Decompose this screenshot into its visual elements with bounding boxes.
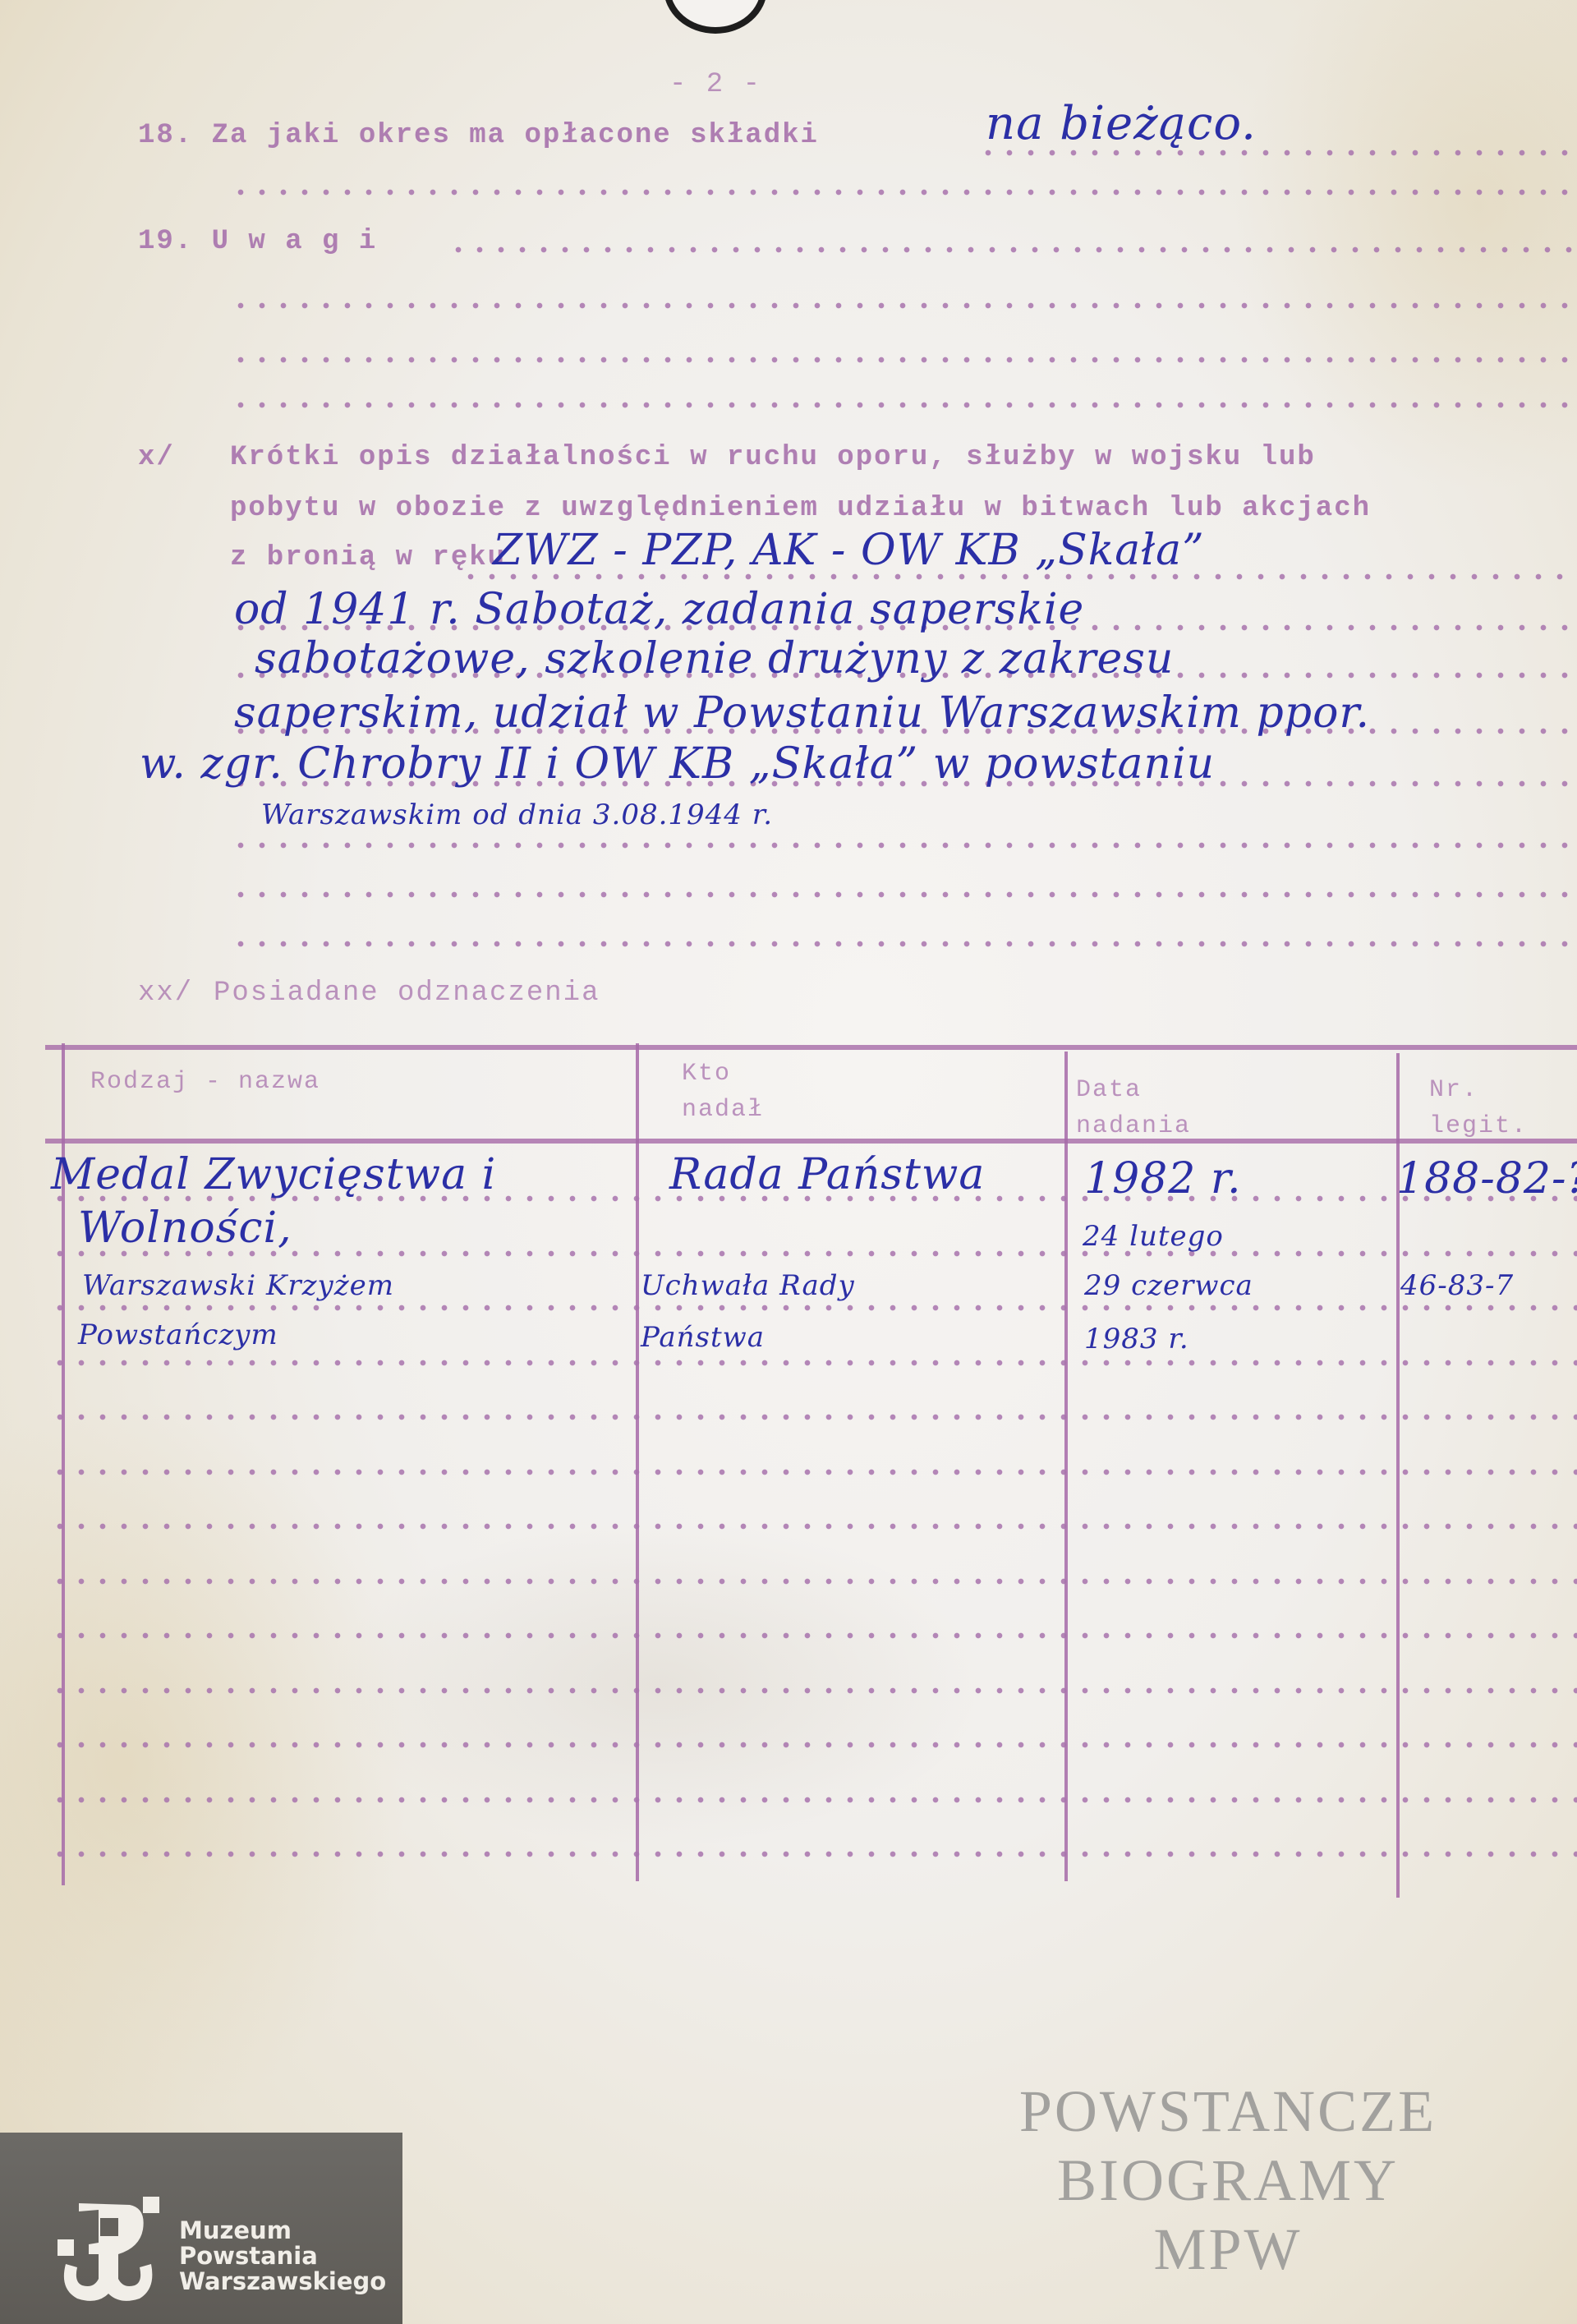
activity-handwritten-line: w. zgr. Chrobry II i OW KB „Skała” w pow… <box>140 739 1215 789</box>
table-dotted-row <box>49 1578 1577 1585</box>
logo-text-line: Warszawskiego <box>179 2269 386 2294</box>
award-name: Medal Zwycięstwa i <box>51 1150 496 1199</box>
dotted-line <box>230 941 1577 947</box>
activity-label-line: z bronią w ręku <box>230 542 506 573</box>
table-dotted-row <box>49 1687 1577 1694</box>
dotted-line <box>977 150 1577 156</box>
award-date: 1982 r. <box>1084 1154 1242 1203</box>
column-header-number: Nr. legit. <box>1429 1072 1552 1144</box>
activity-handwritten-line: Warszawskim od dnia 3.08.1944 r. <box>261 798 773 831</box>
q18-label: 18. Za jaki okres ma opłacone składki <box>138 120 819 151</box>
table-dotted-row <box>49 1632 1577 1639</box>
award-name: Powstańczym <box>78 1318 278 1351</box>
activity-label-line: pobytu w obozie z uwzględnieniem udziału… <box>230 493 1371 524</box>
logo-text-line: Muzeum <box>179 2218 386 2243</box>
award-issuer: Rada Państwa <box>669 1150 985 1199</box>
logo-text-line: Powstania <box>179 2243 386 2269</box>
table-dotted-row <box>49 1851 1577 1857</box>
column-header-date: Data nadania <box>1076 1072 1207 1144</box>
q19-label: 19. U w a g i <box>138 226 377 257</box>
dotted-line <box>448 246 1577 253</box>
table-dotted-row <box>49 1305 1577 1311</box>
watermark-line: POWSTANCZE <box>990 2077 1466 2146</box>
q18-answer: na bieżąco. <box>986 97 1257 150</box>
hole-punch <box>664 0 767 34</box>
award-number: 188-82-? <box>1396 1154 1577 1203</box>
activity-label-line: Krótki opis działalności w ruchu oporu, … <box>230 442 1316 473</box>
dotted-line <box>230 402 1577 408</box>
activity-handwritten-line: od 1941 r. Sabotaż, zadania saperskie <box>234 585 1084 634</box>
awards-label: Posiadane odznaczenia <box>214 978 600 1009</box>
kotwica-anchor-icon <box>54 2197 161 2303</box>
table-col-border <box>1064 1052 1068 1881</box>
dotted-line <box>230 842 1577 849</box>
activity-handwritten-line: ZWZ - PZP, AK - OW KB „Skała” <box>493 526 1205 575</box>
watermark: POWSTANCZE BIOGRAMY MPW <box>990 2077 1466 2284</box>
table-top-border <box>45 1045 1577 1050</box>
award-issuer: Uchwała Rady <box>641 1269 855 1302</box>
museum-logo: Muzeum Powstania Warszawskiego <box>0 2133 402 2324</box>
table-col-border <box>636 1043 639 1881</box>
table-dotted-row <box>49 1469 1577 1475</box>
table-dotted-row <box>49 1523 1577 1530</box>
dotted-line <box>230 891 1577 898</box>
award-issuer: Państwa <box>641 1321 765 1354</box>
column-header-issuer: Kto nadał <box>682 1056 813 1128</box>
award-name: Warszawski Krzyżem <box>82 1269 394 1302</box>
table-dotted-row <box>49 1797 1577 1803</box>
activity-marker: x/ <box>138 442 175 473</box>
activity-handwritten-line: sabotażowe, szkolenie drużyny z zakresu <box>255 634 1174 683</box>
activity-handwritten-line: saperskim, udział w Powstaniu Warszawski… <box>234 688 1370 738</box>
award-name: Wolności, <box>78 1203 292 1253</box>
logo-text: Muzeum Powstania Warszawskiego <box>179 2218 386 2294</box>
table-dotted-row <box>49 1360 1577 1366</box>
table-header-border <box>45 1139 1577 1144</box>
award-number: 46-83-7 <box>1400 1269 1514 1302</box>
column-header-type: Rodzaj - nazwa <box>90 1068 320 1096</box>
award-date: 29 czerwca <box>1084 1269 1253 1302</box>
awards-marker: xx/ <box>138 978 193 1009</box>
page-number: - 2 - <box>669 69 761 100</box>
award-date: 1983 r. <box>1084 1323 1189 1355</box>
dotted-line <box>230 302 1577 309</box>
table-dotted-row <box>49 1414 1577 1420</box>
dotted-line <box>230 189 1577 196</box>
dotted-line <box>230 357 1577 363</box>
watermark-line: BIOGRAMY MPW <box>990 2146 1466 2284</box>
award-date: 24 lutego <box>1083 1220 1224 1253</box>
table-dotted-row <box>49 1742 1577 1748</box>
